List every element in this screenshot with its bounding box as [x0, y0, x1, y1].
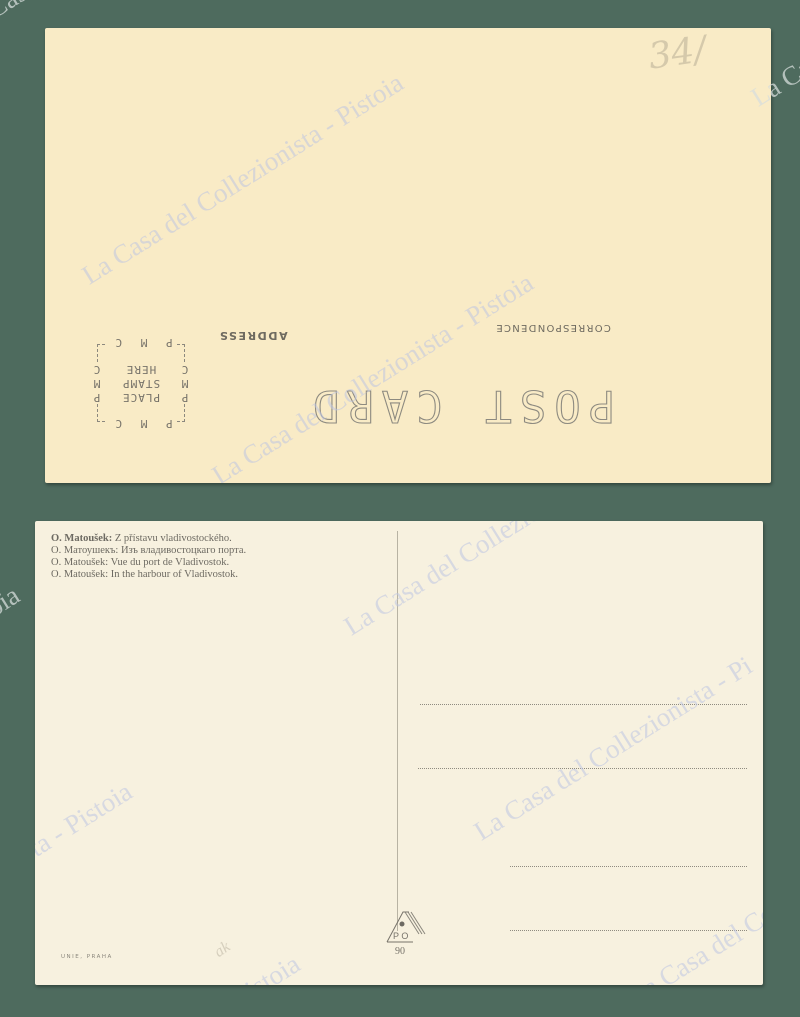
stamp-instructions: PLACE STAMP HERE — [107, 362, 175, 404]
stamp-pmc-left: P M C — [179, 362, 191, 404]
watermark: La Casa del Co — [624, 898, 763, 985]
caption-block: O. Matoušek: Z přístavu vladivostockého.… — [51, 533, 246, 581]
stamp-pmc-bottom: P M C — [91, 336, 191, 349]
address-line-3 — [510, 866, 747, 867]
stamp-box: P M C P M C P M C P M C PLACE STAMP HERE — [91, 336, 191, 430]
pencil-annotation: ak — [211, 938, 234, 961]
publisher-imprint: UNIE, PRAHA — [61, 954, 113, 960]
post-card-title: POST CARD — [290, 383, 630, 427]
logo-number: 90 — [395, 946, 405, 957]
pencil-annotation: 34/ — [646, 28, 722, 87]
publisher-logo: P O 90 — [385, 908, 429, 960]
watermark: stoia — [0, 580, 25, 633]
watermark: La Casa del Collezionista - Pistoia — [339, 521, 671, 642]
postcard-back-side: O. Matoušek: Z přístavu vladivostockého.… — [35, 521, 763, 985]
svg-text:P O: P O — [393, 931, 408, 941]
postcard-address-side: 34/ POST CARD CORRESPONDENCE ADDRESS P M… — [45, 28, 771, 483]
address-line-4 — [510, 930, 747, 931]
watermark: La Casa del Collezionista - Pi — [469, 650, 758, 847]
caption-line-czech: O. Matoušek: Z přístavu vladivostockého. — [51, 533, 246, 545]
stamp-pmc-right: P M C — [91, 362, 103, 404]
watermark: ezionista - Pistoia — [35, 776, 138, 904]
correspondence-label: CORRESPONDENCE — [473, 319, 633, 333]
address-label: ADDRESS — [217, 328, 289, 342]
watermark: Casa — [0, 0, 43, 25]
triangle-logo-icon: P O — [385, 908, 429, 948]
address-line-2 — [418, 768, 747, 769]
vertical-divider — [397, 531, 398, 931]
stamp-pmc-top: P M C — [91, 417, 191, 430]
caption-line-russian: O. Матоушекъ: Изъ владивостоцкаго порта. — [51, 545, 246, 557]
caption-line-english: O. Matoušek: In the harbour of Vladivost… — [51, 569, 246, 581]
watermark: La Casa del Collezionista - Pistoia — [77, 67, 409, 291]
caption-line-french: O. Matoušek: Vue du port de Vladivostok. — [51, 557, 246, 569]
address-line-1 — [420, 704, 747, 705]
watermark: La Casa del Collezionista - Pistoia — [207, 267, 539, 483]
